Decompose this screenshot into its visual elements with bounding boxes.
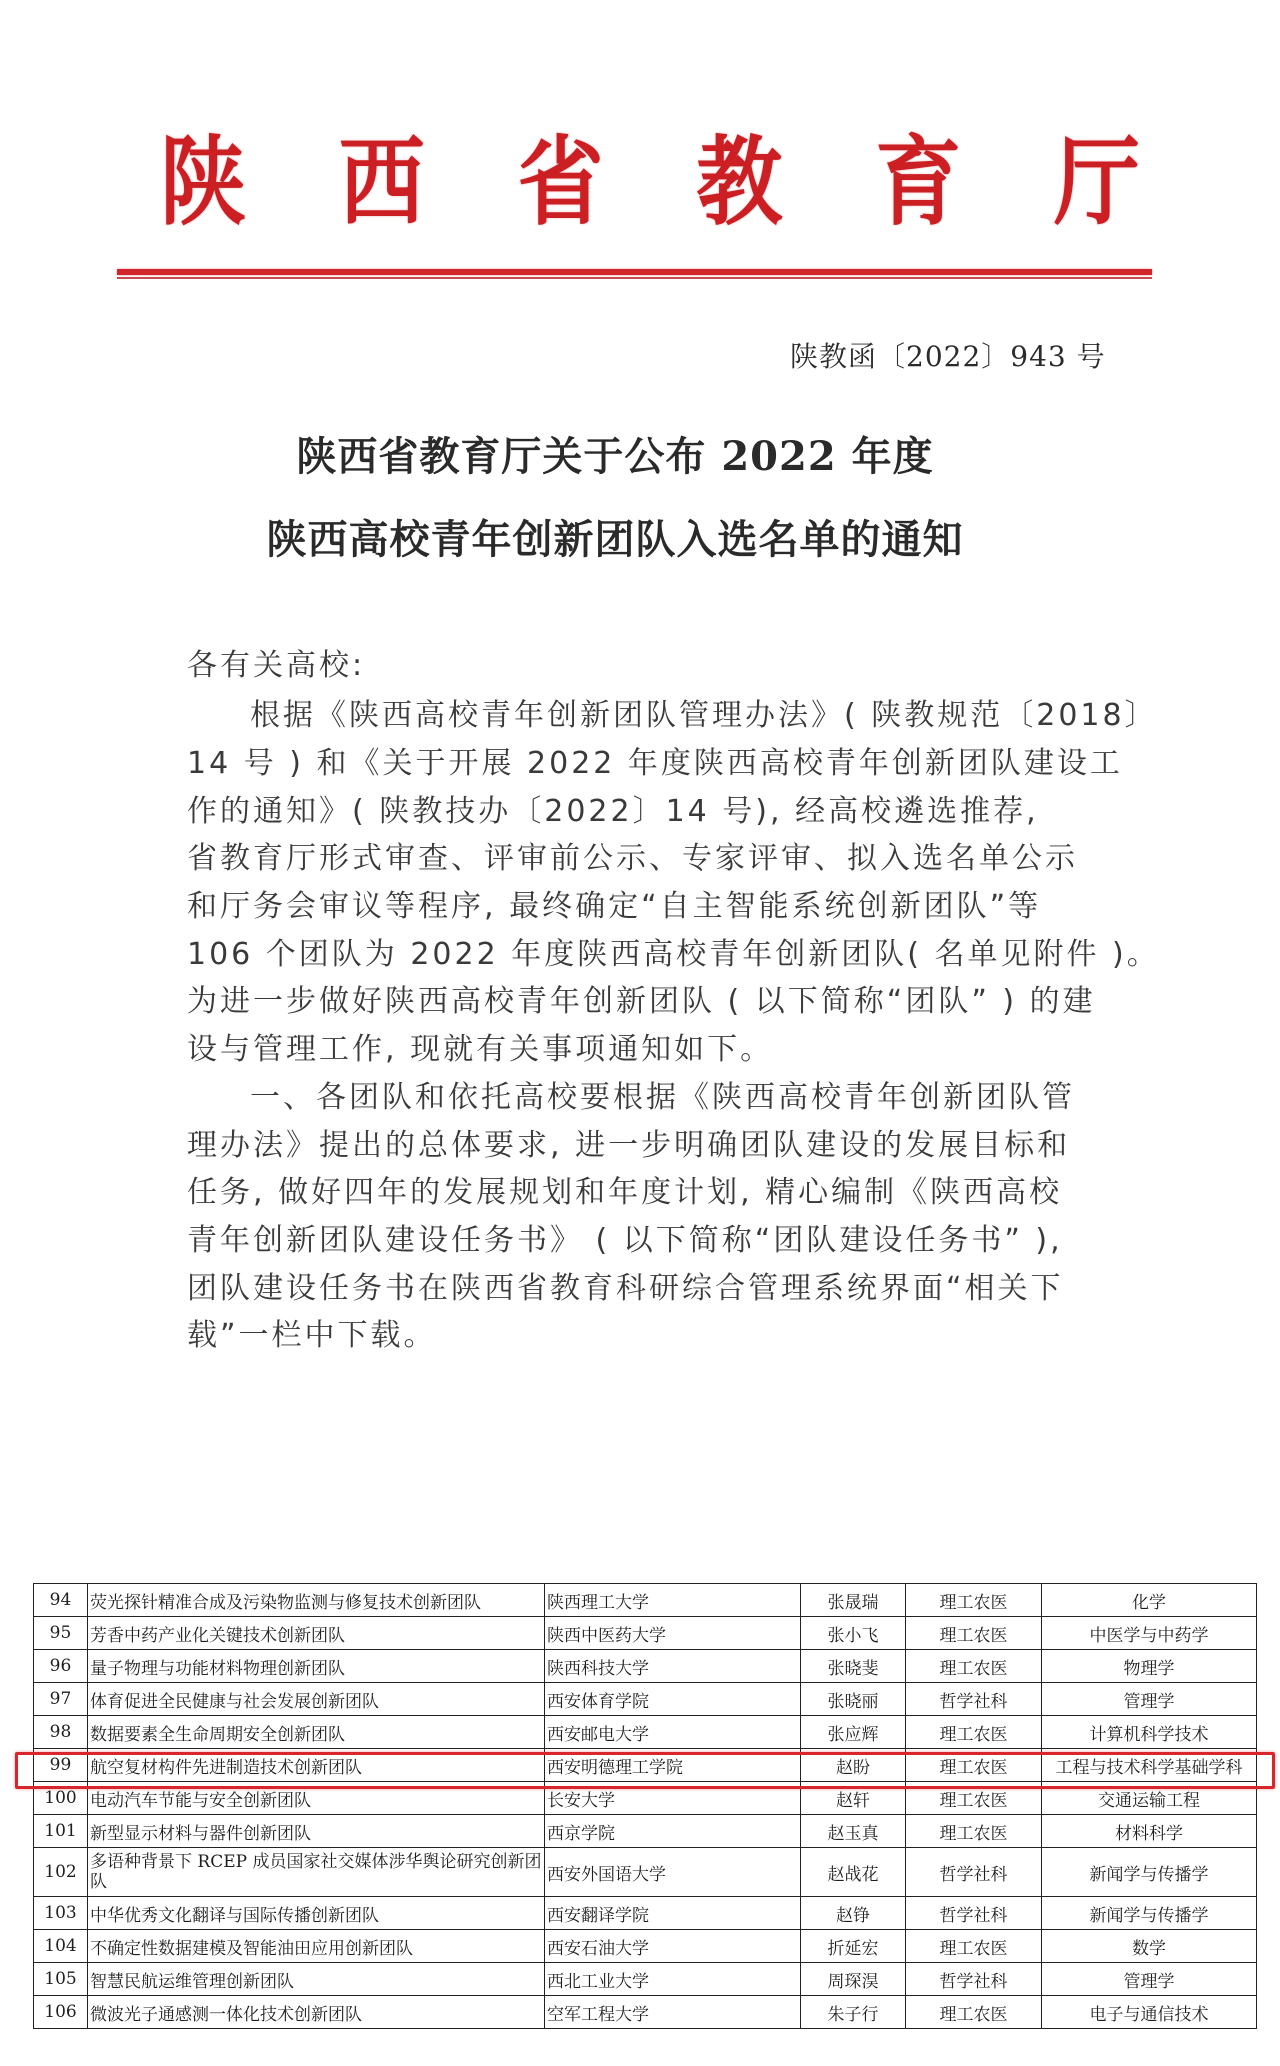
school-name: 西安石油大学 bbox=[545, 1930, 801, 1963]
body-line: 省教育厅形式审查、评审前公示、专家评审、拟入选名单公示 bbox=[187, 833, 1107, 877]
table-row: 94 荧光探针精准合成及污染物监测与修复技术创新团队 陕西理工大学 张晟瑞 理工… bbox=[34, 1584, 1257, 1617]
table-row: 98 数据要素全生命周期安全创新团队 西安邮电大学 张应辉 理工农医 计算机科学… bbox=[34, 1716, 1257, 1749]
row-number: 98 bbox=[34, 1716, 88, 1749]
school-name: 西北工业大学 bbox=[545, 1963, 801, 1996]
row-number: 96 bbox=[34, 1650, 88, 1683]
body-line: 作的通知》( 陕教技办〔2022〕14 号), 经高校遴选推荐, bbox=[187, 786, 1107, 830]
team-leader: 赵盼 bbox=[801, 1749, 906, 1782]
subject-field: 新闻学与传播学 bbox=[1042, 1848, 1257, 1897]
subject-field: 新闻学与传播学 bbox=[1042, 1897, 1257, 1930]
team-leader: 张晓丽 bbox=[801, 1683, 906, 1716]
subject-field: 数学 bbox=[1042, 1930, 1257, 1963]
body-line: 设与管理工作, 现就有关事项通知如下。 bbox=[187, 1024, 1107, 1068]
team-leader: 赵轩 bbox=[801, 1782, 906, 1815]
discipline-category: 哲学社科 bbox=[906, 1848, 1042, 1897]
subject-field: 中医学与中药学 bbox=[1042, 1617, 1257, 1650]
subject-field: 工程与技术科学基础学科 bbox=[1042, 1749, 1257, 1782]
table-row-highlighted: 99 航空复材构件先进制造技术创新团队 西安明德理工学院 赵盼 理工农医 工程与… bbox=[34, 1749, 1257, 1782]
school-name: 西安明德理工学院 bbox=[545, 1749, 801, 1782]
team-leader: 张小飞 bbox=[801, 1617, 906, 1650]
body-line: 任务, 做好四年的发展规划和年度计划, 精心编制《陕西高校 bbox=[187, 1167, 1107, 1211]
school-name: 西安体育学院 bbox=[545, 1683, 801, 1716]
subject-field: 电子与通信技术 bbox=[1042, 1996, 1257, 2029]
document-number: 陕教函〔2022〕943 号 bbox=[790, 335, 1106, 375]
body-line: 14 号 ) 和《关于开展 2022 年度陕西高校青年创新团队建设工 bbox=[187, 738, 1107, 782]
team-name: 中华优秀文化翻译与国际传播创新团队 bbox=[88, 1897, 545, 1930]
team-leader: 赵铮 bbox=[801, 1897, 906, 1930]
team-leader: 张应辉 bbox=[801, 1716, 906, 1749]
discipline-category: 理工农医 bbox=[906, 1782, 1042, 1815]
table-row: 104 不确定性数据建模及智能油田应用创新团队 西安石油大学 折延宏 理工农医 … bbox=[34, 1930, 1257, 1963]
school-name: 空军工程大学 bbox=[545, 1996, 801, 2029]
school-name: 陕西科技大学 bbox=[545, 1650, 801, 1683]
discipline-category: 哲学社科 bbox=[906, 1963, 1042, 1996]
team-leader: 赵玉真 bbox=[801, 1815, 906, 1848]
red-header-rule bbox=[117, 269, 1152, 279]
body-line: 一、各团队和依托高校要根据《陕西高校青年创新团队管 bbox=[250, 1072, 1170, 1116]
body-line: 和厅务会审议等程序, 最终确定“自主智能系统创新团队”等 bbox=[187, 881, 1107, 925]
school-name: 西安外国语大学 bbox=[545, 1848, 801, 1897]
body-line: 根据《陕西高校青年创新团队管理办法》( 陕教规范〔2018〕 bbox=[250, 690, 1170, 734]
row-number: 100 bbox=[34, 1782, 88, 1815]
body-line: 青年创新团队建设任务书》 ( 以下简称“团队建设任务书” ), bbox=[187, 1215, 1107, 1259]
team-name: 电动汽车节能与安全创新团队 bbox=[88, 1782, 545, 1815]
subject-field: 管理学 bbox=[1042, 1963, 1257, 1996]
team-name: 芳香中药产业化关键技术创新团队 bbox=[88, 1617, 545, 1650]
discipline-category: 理工农医 bbox=[906, 1749, 1042, 1782]
row-number: 105 bbox=[34, 1963, 88, 1996]
discipline-category: 理工农医 bbox=[906, 1815, 1042, 1848]
discipline-category: 哲学社科 bbox=[906, 1683, 1042, 1716]
team-name: 数据要素全生命周期安全创新团队 bbox=[88, 1716, 545, 1749]
school-name: 长安大学 bbox=[545, 1782, 801, 1815]
discipline-category: 理工农医 bbox=[906, 1996, 1042, 2029]
school-name: 西安翻译学院 bbox=[545, 1897, 801, 1930]
discipline-category: 理工农医 bbox=[906, 1650, 1042, 1683]
team-leader: 周琛淏 bbox=[801, 1963, 906, 1996]
row-number: 103 bbox=[34, 1897, 88, 1930]
document-title-line-1: 陕西省教育厅关于公布 2022 年度 bbox=[0, 427, 1255, 487]
row-number: 97 bbox=[34, 1683, 88, 1716]
subject-field: 材料科学 bbox=[1042, 1815, 1257, 1848]
table-row: 96 量子物理与功能材料物理创新团队 陕西科技大学 张晓斐 理工农医 物理学 bbox=[34, 1650, 1257, 1683]
table-row: 106 微波光子通感测一体化技术创新团队 空军工程大学 朱子行 理工农医 电子与… bbox=[34, 1996, 1257, 2029]
body-line: 106 个团队为 2022 年度陕西高校青年创新团队( 名单见附件 )。 bbox=[187, 929, 1107, 973]
discipline-category: 理工农医 bbox=[906, 1617, 1042, 1650]
red-rule-thick bbox=[117, 269, 1152, 275]
team-name: 不确定性数据建模及智能油田应用创新团队 bbox=[88, 1930, 545, 1963]
team-name: 微波光子通感测一体化技术创新团队 bbox=[88, 1996, 545, 2029]
row-number: 106 bbox=[34, 1996, 88, 2029]
subject-field: 管理学 bbox=[1042, 1683, 1257, 1716]
discipline-category: 哲学社科 bbox=[906, 1897, 1042, 1930]
table-row: 102 多语种背景下 RCEP 成员国家社交媒体涉华舆论研究创新团队 西安外国语… bbox=[34, 1848, 1257, 1897]
team-leader: 折延宏 bbox=[801, 1930, 906, 1963]
row-number: 104 bbox=[34, 1930, 88, 1963]
masthead-char: 厅 bbox=[1054, 127, 1140, 239]
table-row: 101 新型显示材料与器件创新团队 西京学院 赵玉真 理工农医 材料科学 bbox=[34, 1815, 1257, 1848]
body-line: 为进一步做好陕西高校青年创新团队 ( 以下简称“团队” ) 的建 bbox=[187, 976, 1107, 1020]
row-number: 101 bbox=[34, 1815, 88, 1848]
subject-field: 物理学 bbox=[1042, 1650, 1257, 1683]
row-number: 94 bbox=[34, 1584, 88, 1617]
table-row: 100 电动汽车节能与安全创新团队 长安大学 赵轩 理工农医 交通运输工程 bbox=[34, 1782, 1257, 1815]
masthead-title: 陕 西 省 教 育 厅 bbox=[160, 128, 1140, 238]
team-leader: 赵战花 bbox=[801, 1848, 906, 1897]
masthead-char: 省 bbox=[518, 127, 604, 239]
row-number: 95 bbox=[34, 1617, 88, 1650]
body-line: 载”一栏中下载。 bbox=[187, 1310, 1107, 1354]
team-name: 多语种背景下 RCEP 成员国家社交媒体涉华舆论研究创新团队 bbox=[88, 1848, 545, 1897]
discipline-category: 理工农医 bbox=[906, 1584, 1042, 1617]
body-line: 团队建设任务书在陕西省教育科研综合管理系统界面“相关下 bbox=[187, 1263, 1107, 1307]
table-row: 97 体育促进全民健康与社会发展创新团队 西安体育学院 张晓丽 哲学社科 管理学 bbox=[34, 1683, 1257, 1716]
subject-field: 化学 bbox=[1042, 1584, 1257, 1617]
subject-field: 交通运输工程 bbox=[1042, 1782, 1257, 1815]
masthead-char: 教 bbox=[696, 127, 782, 239]
table-row: 103 中华优秀文化翻译与国际传播创新团队 西安翻译学院 赵铮 哲学社科 新闻学… bbox=[34, 1897, 1257, 1930]
document-title-line-2: 陕西高校青年创新团队入选名单的通知 bbox=[0, 510, 1255, 570]
team-leader: 张晓斐 bbox=[801, 1650, 906, 1683]
masthead-char: 陕 bbox=[160, 127, 246, 239]
masthead-char: 西 bbox=[339, 127, 425, 239]
school-name: 西京学院 bbox=[545, 1815, 801, 1848]
row-number: 99 bbox=[34, 1749, 88, 1782]
salutation: 各有关高校: bbox=[187, 640, 1107, 684]
masthead-char: 育 bbox=[875, 127, 961, 239]
team-name: 荧光探针精准合成及污染物监测与修复技术创新团队 bbox=[88, 1584, 545, 1617]
team-leader: 张晟瑞 bbox=[801, 1584, 906, 1617]
team-name: 智慧民航运维管理创新团队 bbox=[88, 1963, 545, 1996]
team-leader: 朱子行 bbox=[801, 1996, 906, 2029]
table-row: 95 芳香中药产业化关键技术创新团队 陕西中医药大学 张小飞 理工农医 中医学与… bbox=[34, 1617, 1257, 1650]
team-name: 航空复材构件先进制造技术创新团队 bbox=[88, 1749, 545, 1782]
table-row: 105 智慧民航运维管理创新团队 西北工业大学 周琛淏 哲学社科 管理学 bbox=[34, 1963, 1257, 1996]
team-name: 量子物理与功能材料物理创新团队 bbox=[88, 1650, 545, 1683]
row-number: 102 bbox=[34, 1848, 88, 1897]
discipline-category: 理工农医 bbox=[906, 1716, 1042, 1749]
school-name: 陕西中医药大学 bbox=[545, 1617, 801, 1650]
team-name: 新型显示材料与器件创新团队 bbox=[88, 1815, 545, 1848]
red-rule-thin bbox=[117, 277, 1152, 279]
school-name: 陕西理工大学 bbox=[545, 1584, 801, 1617]
subject-field: 计算机科学技术 bbox=[1042, 1716, 1257, 1749]
team-name: 体育促进全民健康与社会发展创新团队 bbox=[88, 1683, 545, 1716]
school-name: 西安邮电大学 bbox=[545, 1716, 801, 1749]
discipline-category: 理工农医 bbox=[906, 1930, 1042, 1963]
body-line: 理办法》提出的总体要求, 进一步明确团队建设的发展目标和 bbox=[187, 1120, 1107, 1164]
team-list-table: 94 荧光探针精准合成及污染物监测与修复技术创新团队 陕西理工大学 张晟瑞 理工… bbox=[33, 1583, 1257, 2029]
